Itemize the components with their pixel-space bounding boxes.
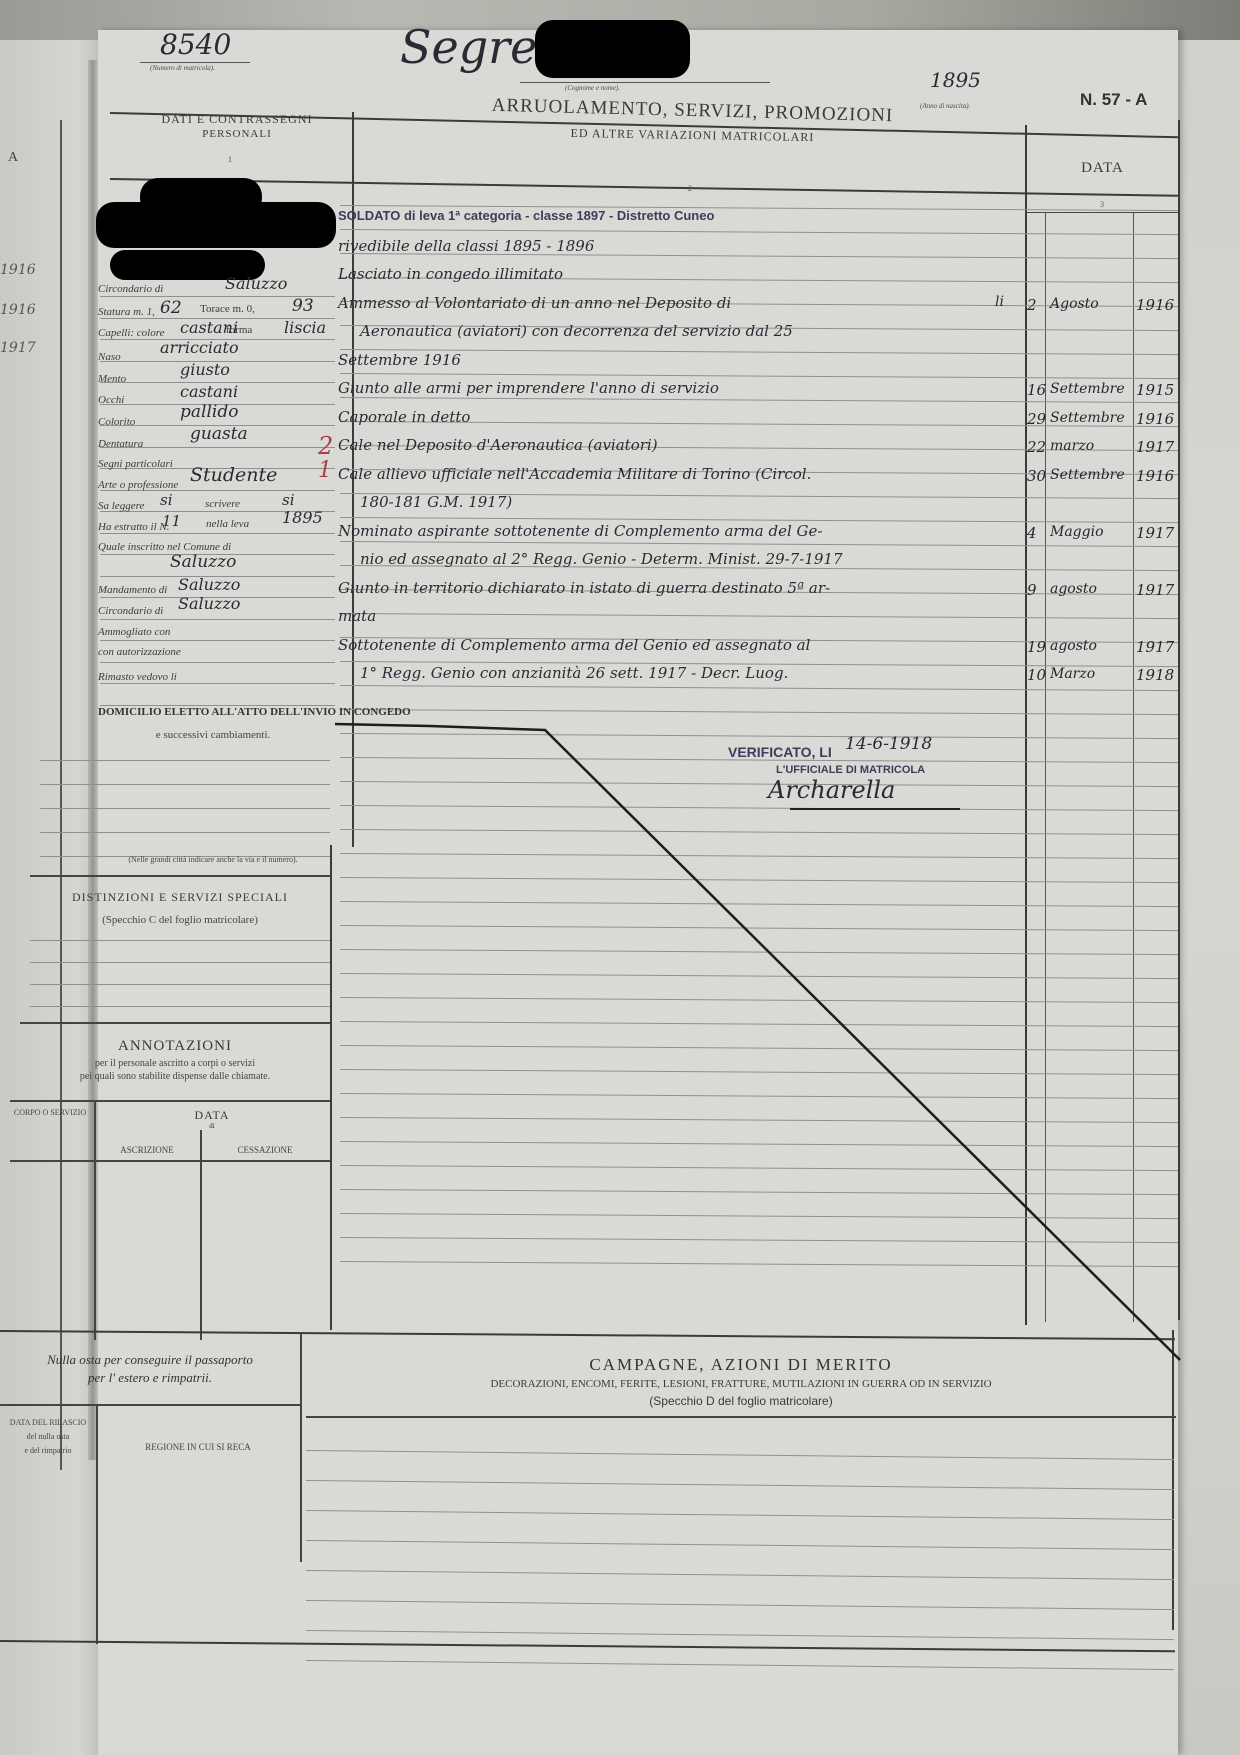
cancellation-stroke: [0, 0, 1240, 1755]
